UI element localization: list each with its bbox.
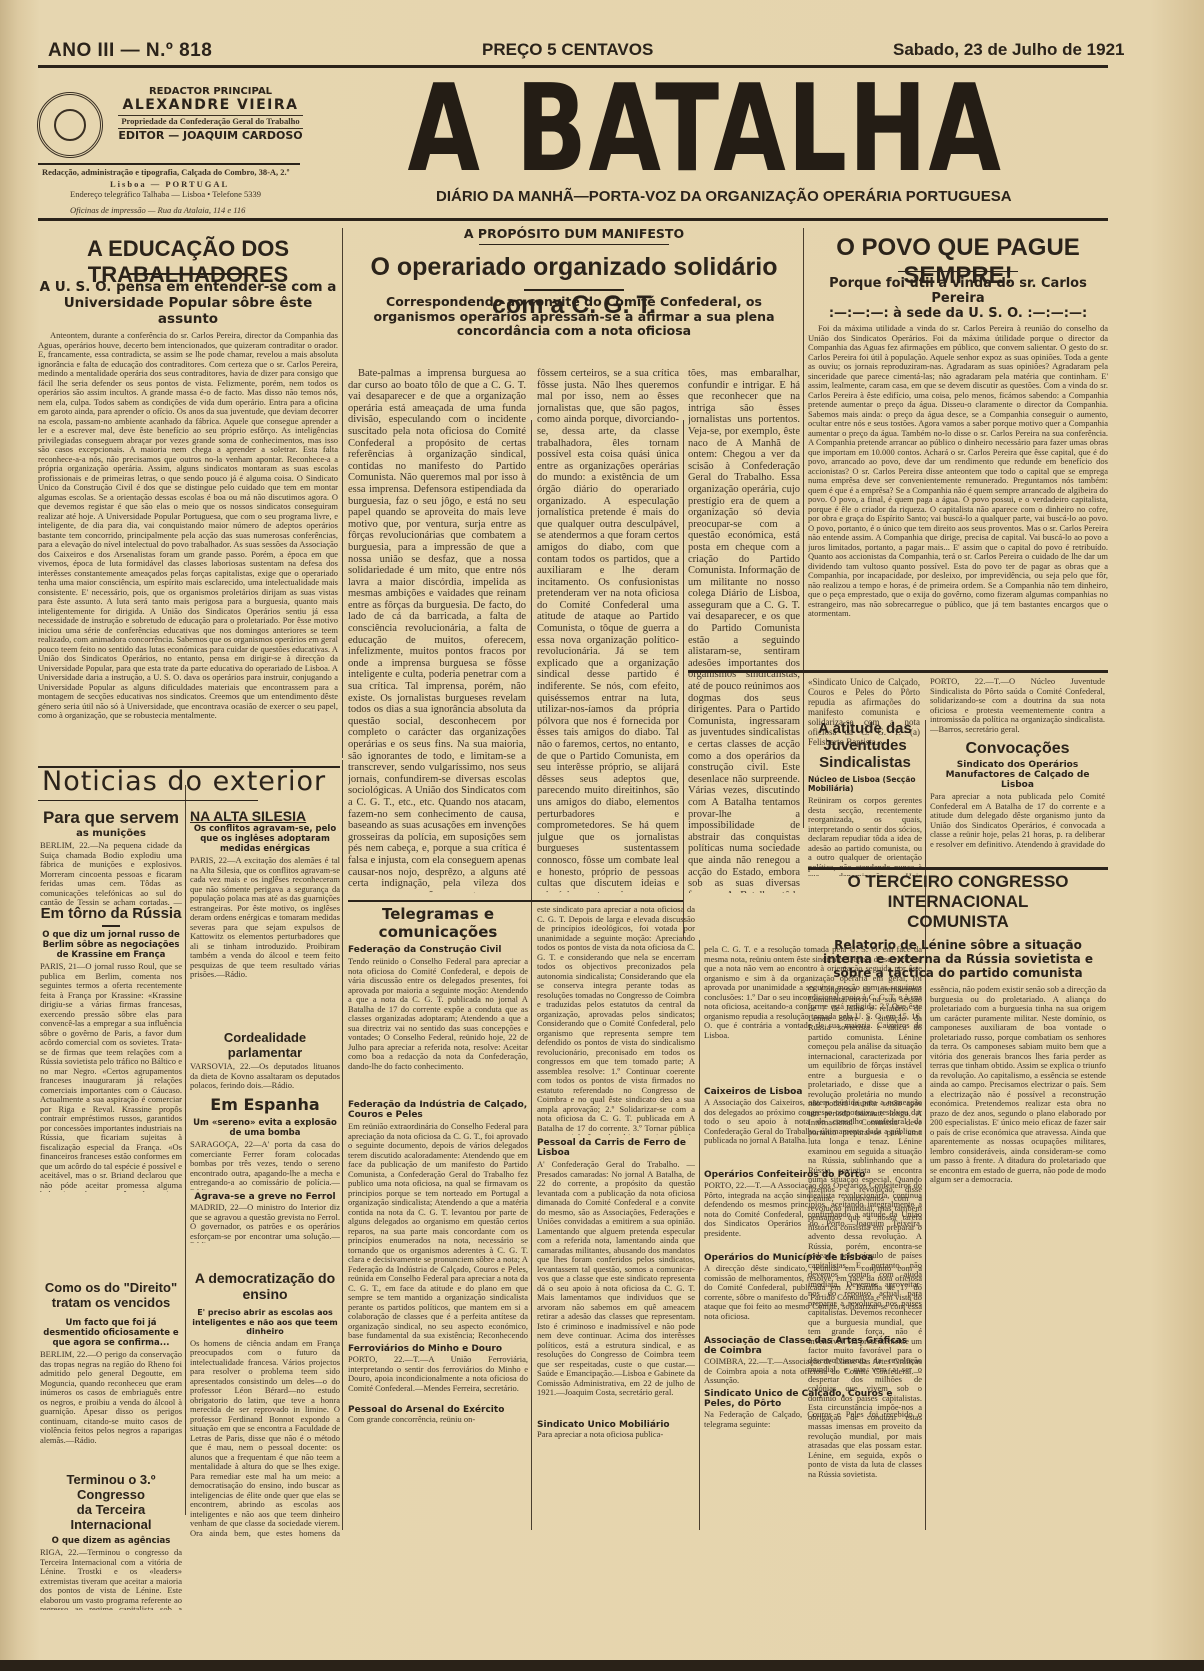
article-congresso-terceira: Terminou o 3.º Congresso da Terceira Int… <box>40 1472 182 1610</box>
headline: Convocações <box>930 740 1105 758</box>
seal-emblem-icon <box>54 109 86 141</box>
headline: NA ALTA SILESIA <box>190 808 340 824</box>
column-divider <box>683 420 684 940</box>
masthead-info-rule <box>38 163 300 165</box>
article-body: PARIS, 21—O jornal russo Roul, que se pu… <box>40 962 182 1192</box>
noticias-exterior-heading: Noticias do exterior <box>42 766 326 797</box>
caixeiros-title: Caixeiros de Lisboa <box>704 1087 922 1097</box>
subhead: as munições <box>40 828 182 839</box>
subhead: E' preciso abrir as escolas aos intelige… <box>190 1308 340 1337</box>
subhead: O que diz um jornal russo de Berlim sôbr… <box>40 930 182 960</box>
article-body: RIGA, 22.—Terminou o congresso da Tercei… <box>40 1548 182 1610</box>
article-body: Anteontem, durante a conferência do sr. … <box>38 331 338 739</box>
issue-date: Sabado, 23 de Julho de 1921 <box>893 40 1124 60</box>
subhead: Um «sereno» evita a explosão de uma bomb… <box>190 1118 340 1138</box>
calcado-body: Em reünião extraordinária do Conselho Fe… <box>348 1122 528 1342</box>
article-russia: Em tôrno da Rússia O que diz um jornal r… <box>40 905 182 1192</box>
headline: Cordealidade parlamentar <box>190 1030 340 1060</box>
article-educacao: A EDUCAÇÃO DOS TRABALHADORES A U. S. O. … <box>38 228 338 739</box>
mobiliario-title: Sindicato Unico Mobiliário <box>537 1420 695 1430</box>
confeiteiros-body: PORTO, 22.—T.—A Associação dos Operários… <box>704 1181 922 1251</box>
ferrol-body: MADRID, 22—O ministro do Interior diz qu… <box>190 1203 340 1243</box>
article-body: Para apreciar a nota publicada pelo Comi… <box>930 792 1105 848</box>
telegramas-right-column: pela C. G. T. e a resolução tomada pela … <box>704 945 922 1430</box>
section-rule <box>38 800 258 801</box>
printing-line: Oficinas de impressão — Rua da Atalaia, … <box>70 206 330 216</box>
headline-2: COMUNISTA <box>808 912 1108 932</box>
column-divider <box>803 228 804 828</box>
manifesto-col-1: Bate-palmas a imprensa burguesa ao dar c… <box>348 368 526 893</box>
ownership: Propriedade da Confederação Geral do Tra… <box>118 116 303 129</box>
column-divider <box>699 940 700 1530</box>
article-povo: O POVO QUE PAGUE SEMPRE! Porque foi útil… <box>808 228 1108 666</box>
carris-title: Pessoal da Carris de Ferro de Lisboa <box>537 1138 695 1158</box>
article-body: VARSOVIA, 22.—Os deputados lituanos da d… <box>190 1062 340 1094</box>
column-divider <box>342 228 343 758</box>
redactor-name: ALEXANDRE VIEIRA <box>118 97 303 116</box>
headline-1: O TERCEIRO CONGRESSO INTERNACIONAL <box>808 872 1108 912</box>
editor-line: EDITOR — JOAQUIM CARDOSO <box>118 129 303 142</box>
ferrol-headline: Agrava-se a greve no Ferrol <box>190 1192 340 1202</box>
divider <box>102 925 120 927</box>
article-municoes: Para que servem as munições BERLIM, 22.—… <box>40 808 182 909</box>
calcado-porto-body: Na Federação de Calçado, Couros e Peles … <box>704 1410 922 1430</box>
section-label: Núcleo de Lisboa (Secção Mobiliária) <box>808 775 922 793</box>
porto-nucleo-note: PORTO, 22.—T.—O Núcleo Juventude Sindica… <box>930 677 1105 737</box>
section-rule <box>688 670 1108 673</box>
calcado-porto-title: Sindicato Unico de Calçado, Couros e Pel… <box>704 1389 922 1409</box>
article-convocacoes: Convocações Sindicato dos Operários Manu… <box>930 740 1105 848</box>
article-body: Foi da máxima utilidade a vinda do sr. C… <box>808 324 1108 666</box>
kicker: A PROPÓSITO DUM MANIFESTO <box>348 226 800 241</box>
construcao-body: Tendo reünido o Conselho Federal para ap… <box>348 957 528 1097</box>
ferroviarios-title: Ferroviários do Minho e Douro <box>348 1344 528 1354</box>
column-divider <box>342 760 343 1530</box>
headline-1: Terminou o 3.º Congresso <box>40 1472 182 1502</box>
ferroviarios-body: PORTO, 22.—T.—A União Ferroviária, inter… <box>348 1355 528 1405</box>
column-divider <box>531 420 532 1530</box>
headline: A atitude das Juventudes Sindicalistas <box>808 720 922 771</box>
newspaper-title: A BATALHA <box>389 60 1021 200</box>
price: PREÇO 5 CENTAVOS <box>482 40 653 60</box>
confeiteiros-title: Operários Confeiteiros do Pôrto <box>704 1170 922 1180</box>
telegraph-line: Endereço telegráfico Talhaba — Lisboa • … <box>70 190 330 200</box>
issue-number: ANO III — N.º 818 <box>48 40 212 62</box>
article-body: BERLIM, 22.—Na pequena cidade da Suiça c… <box>40 841 182 909</box>
section-rule <box>348 900 683 902</box>
article-body: Reüniram os corpos gerentes desta secção… <box>808 796 922 876</box>
subhead: Sindicato dos Operários Manufactores de … <box>930 760 1105 790</box>
subhead: O que dizem as agências <box>40 1536 182 1546</box>
carris-body: A' Confederação Geral do Trabalho. — Pre… <box>537 1160 695 1420</box>
headline: Como os do "Direito" tratam os vencidos <box>40 1280 182 1310</box>
article-espanha: Em Espanha Um «sereno» evita a explosão … <box>190 1095 340 1243</box>
right-col-body: pela C. G. T. e a resolução tomada pela … <box>704 945 922 1085</box>
section-rule <box>808 867 1108 870</box>
municipio-body: A direcção dêste sindicato, reünida em c… <box>704 1264 922 1334</box>
construcao-title: Federação da Construção Civil <box>348 945 528 955</box>
manifesto-col-2: fôssem certeiros, se a sua crítica fôsse… <box>537 368 679 893</box>
article-manifesto: A PROPÓSITO DUM MANIFESTO O operariado o… <box>348 226 800 339</box>
arsenal-title: Pessoal do Arsenal do Exército <box>348 1405 528 1415</box>
mobiliario-body: Para apreciar a nota oficiosa publica- <box>537 1430 695 1440</box>
newspaper-page: ANO III — N.º 818 PREÇO 5 CENTAVOS Sabad… <box>0 0 1204 1671</box>
headline: O operariado organizado solidário com a … <box>348 248 800 286</box>
divider <box>479 244 669 245</box>
caixeiros-body: A Associação dos Caixeiros, ontem reünid… <box>704 1098 922 1168</box>
subhead: A U. S. O. pensa em entender-se com a Un… <box>38 279 338 327</box>
subhead-2: :—:—:—: à sede da U. S. O. :—:—:—: <box>808 306 1108 321</box>
subhead: Um facto que foi já desmentido oficiosam… <box>40 1318 182 1348</box>
subhead-1: Porque foi útil a vinda do sr. Carlos Pe… <box>808 276 1108 306</box>
manifesto-col-3: tões, mas embaralhar, confundir e intrig… <box>688 368 800 893</box>
redactor-label: REDACTOR PRINCIPAL <box>118 86 303 97</box>
headline: Para que servem <box>40 808 182 828</box>
tagline: DIÁRIO DA MANHÃ—PORTA-VOZ DA ORGANIZAÇÃO… <box>436 188 1012 205</box>
headline: Em tôrno da Rússia <box>40 905 182 922</box>
article-body: BERLIM, 22.—O perigo da conservação das … <box>40 1350 182 1445</box>
article-body: Os homens de ciência andam em França pre… <box>190 1339 340 1539</box>
article-juventudes: A atitude das Juventudes Sindicalistas N… <box>808 720 922 876</box>
middle-col-body: este sindicato para apreciar a nota ofic… <box>537 905 695 1135</box>
headline-2: da Terceira Internacional <box>40 1502 182 1532</box>
headline: A democratização do ensino <box>190 1270 340 1302</box>
article-silesia: NA ALTA SILESIA Os conflitos agravam-se,… <box>190 808 340 1006</box>
article-ensino: A democratização do ensino E' preciso ab… <box>190 1270 340 1539</box>
cgt-seal <box>37 92 103 158</box>
arsenal-body: Com grande concorrência, reüniu on- <box>348 1415 528 1425</box>
page-bottom-edge <box>0 1660 1204 1671</box>
subhead: Correspondendo ao convite do Comité Conf… <box>348 295 800 339</box>
article-cordealidade: Cordealidade parlamentar VARSOVIA, 22.—O… <box>190 1030 340 1094</box>
headline: Em Espanha <box>190 1095 340 1114</box>
telegramas-section: Telegramas e comunicações Federação da C… <box>348 905 528 1425</box>
calcado-title: Federação da Indústria de Calçado, Couro… <box>348 1100 528 1120</box>
headline: Telegramas e comunicações <box>348 905 528 941</box>
municipio-title: Operários do Município de Lisboa <box>704 1253 922 1263</box>
subhead: Os conflitos agravam-se, pelo que os ing… <box>190 824 340 854</box>
terceiro-congresso-col-2: essência, não podem existir senão sob a … <box>930 985 1106 1515</box>
column-divider <box>925 720 926 1530</box>
headline: A EDUCAÇÃO DOS TRABALHADORES <box>38 228 338 270</box>
telegramas-middle-column: este sindicato para apreciar a nota ofic… <box>537 905 695 1440</box>
artes-graficas-body: COIMBRA, 22.—T.—Associação de Classe das… <box>704 1357 922 1387</box>
city-line: Lisboa — PORTUGAL <box>110 180 229 190</box>
article-body: SARAGOÇA, 22—A' porta da casa do comerci… <box>190 1140 340 1190</box>
address-line: Redacção, administração e tipografia, Ca… <box>42 168 312 178</box>
headline: O POVO QUE PAGUE SEMPRE! <box>808 228 1108 268</box>
article-body: PARIS, 22—A excitação dos alemães é tal … <box>190 856 340 1006</box>
column-divider <box>185 785 186 1515</box>
artes-graficas-title: Associação de Classe das Artes Gráficas … <box>704 1336 922 1356</box>
article-direito: Como os do "Direito" tratam os vencidos … <box>40 1280 182 1445</box>
masthead-bottom-rule <box>38 218 1108 221</box>
